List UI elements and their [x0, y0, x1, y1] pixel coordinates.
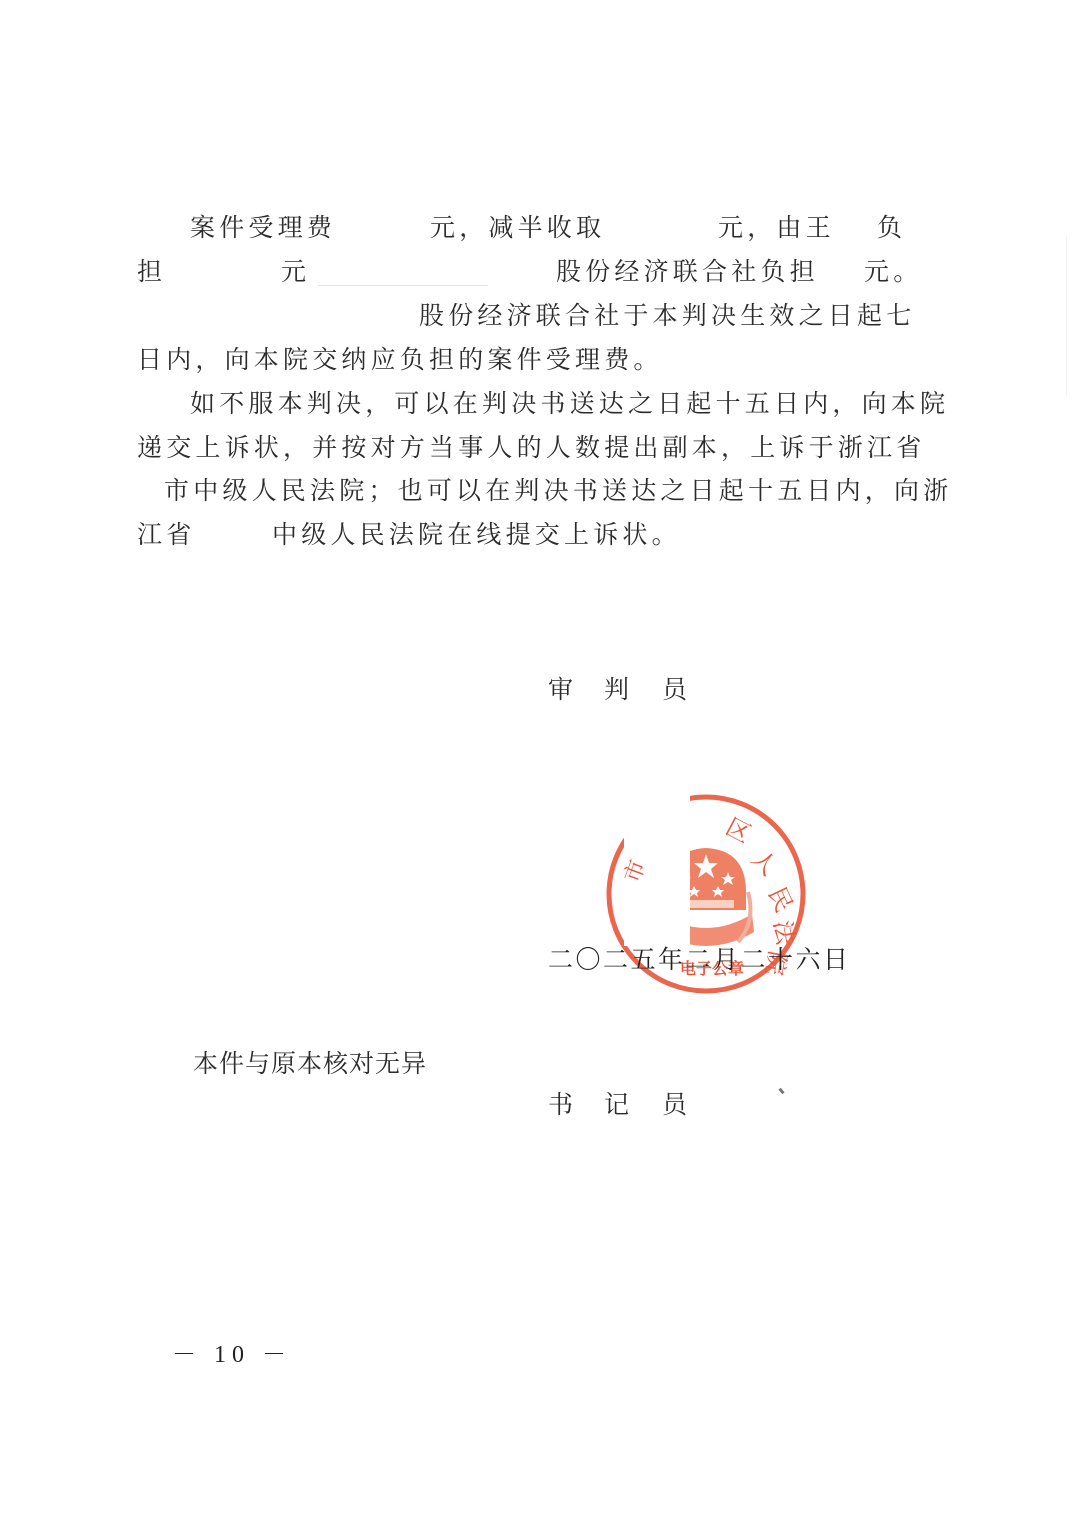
scan-mark — [778, 1088, 784, 1095]
certification-text: 本件与原本核对无异 — [193, 1049, 427, 1079]
fee-line3: 股份经济联合社于本判决生效之日起七 — [419, 301, 915, 331]
fee-line1-seg3: 元，由王 — [718, 213, 835, 243]
document-page: 案件受理费 元，减半收取 元，由王 负 担 元 股份经济联合社负担 元。 股份经… — [0, 0, 1080, 1528]
page-number: － 10 － — [172, 1340, 292, 1370]
judge-title-char: 判 — [604, 675, 662, 705]
clerk-title-char: 员 — [662, 1090, 687, 1120]
clerk-title-char: 书 — [548, 1090, 604, 1120]
fee-line1-seg2: 元，减半收取 — [430, 213, 605, 243]
svg-text:法: 法 — [768, 918, 800, 947]
svg-text:民: 民 — [763, 883, 799, 917]
clerk-title: 书记员 — [548, 1090, 687, 1120]
appeal-line4-seg2: 中级人民法院在线提交上诉状。 — [272, 520, 681, 550]
appeal-line2: 递交上诉状，并按对方当事人的人数提出副本，上诉于浙江省 — [137, 433, 925, 463]
clerk-title-char: 记 — [604, 1090, 662, 1120]
judge-title: 审判员 — [548, 675, 687, 705]
fee-line2-seg4: 元。 — [864, 257, 922, 287]
appeal-line3: 市中级人民法院；也可以在判决书送达之日起十五日内，向浙 — [164, 476, 952, 506]
appeal-line4-seg1: 江省 — [137, 520, 195, 550]
svg-text:人: 人 — [746, 844, 783, 881]
fee-line2-seg3: 股份经济联合社负担 — [556, 257, 819, 287]
appeal-line1: 如不服本判决，可以在判决书送达之日起十五日内，向本院 — [190, 389, 949, 419]
fee-line1-seg1: 案件受理费 — [190, 213, 336, 243]
fee-line2-seg1: 担 — [137, 257, 166, 287]
judge-title-char: 审 — [548, 675, 604, 705]
svg-text:区: 区 — [721, 813, 755, 849]
redaction-artifact — [318, 285, 488, 286]
fee-line1-seg4: 负 — [877, 213, 906, 243]
judgment-date: 二〇二五年二月二十六日 — [548, 945, 851, 975]
fee-line4: 日内，向本院交纳应负担的案件受理费。 — [137, 345, 663, 375]
judge-title-char: 员 — [662, 675, 687, 705]
scan-artifact — [1066, 236, 1067, 396]
fee-line2-seg2: 元 — [281, 257, 310, 287]
